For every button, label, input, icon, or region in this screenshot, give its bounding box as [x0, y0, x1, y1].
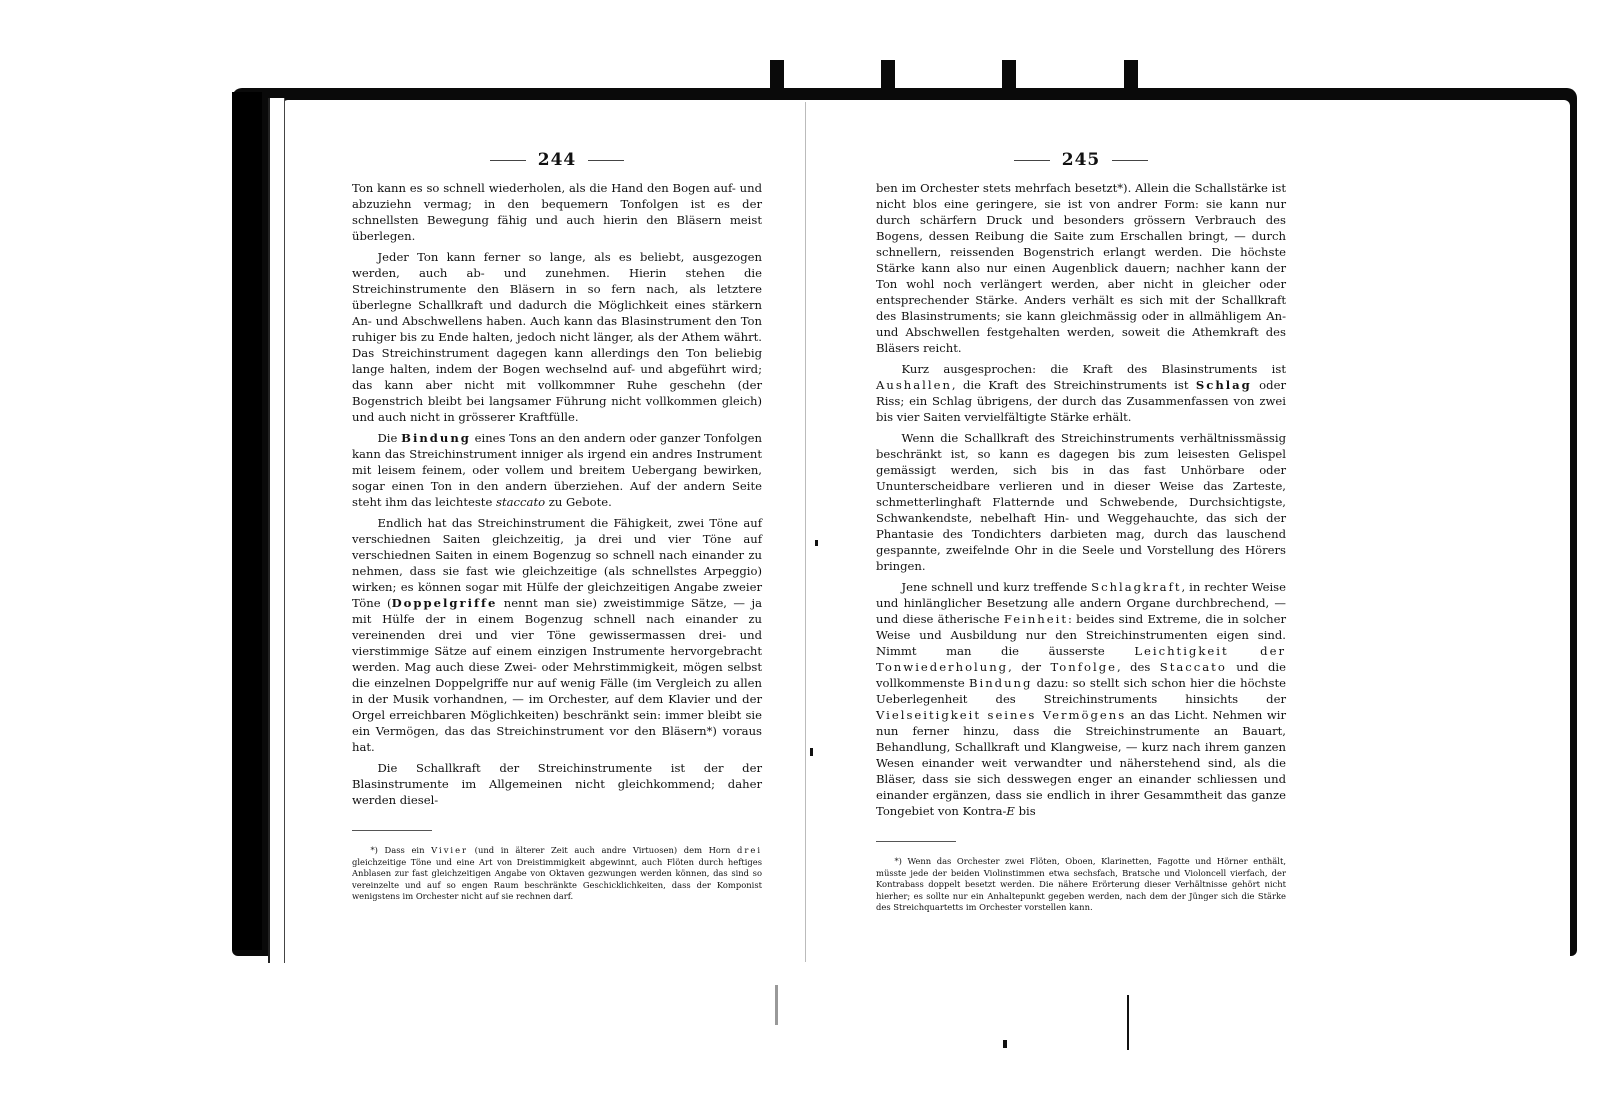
page-number: 245 — [876, 150, 1286, 170]
rule — [1112, 160, 1148, 161]
paragraph: Die Schallkraft der Streichinstrumente i… — [352, 760, 762, 808]
paragraph: Kurz ausgesprochen: die Kraft des Blasin… — [876, 361, 1286, 425]
footnote: *) Wenn das Orchester zwei Flöten, Oboen… — [876, 856, 1286, 914]
paragraph: Jeder Ton kann ferner so lange, als es b… — [352, 249, 762, 425]
book-gutter — [805, 102, 806, 962]
page-number-text: 244 — [538, 150, 577, 170]
paragraph: Die Bindung eines Tons an den andern ode… — [352, 430, 762, 510]
right-page: 245 ben im Orchester stets mehrfach bese… — [876, 150, 1286, 914]
paragraph: Ton kann es so schnell wiederholen, als … — [352, 180, 762, 244]
paragraph: Jene schnell und kurz treffende Schlagkr… — [876, 579, 1286, 819]
body-text: Ton kann es so schnell wiederholen, als … — [352, 180, 762, 808]
footnote: *) Dass ein Vivier (und in älterer Zeit … — [352, 845, 762, 903]
rule — [588, 160, 624, 161]
left-page: 244 Ton kann es so schnell wiederholen, … — [352, 150, 762, 903]
scan-artifact — [815, 540, 818, 546]
footnote-rule — [876, 841, 956, 842]
scan-artifact — [1127, 995, 1129, 1050]
book-spine-edge — [232, 92, 262, 950]
scan-artifact — [810, 748, 813, 756]
rule — [490, 160, 526, 161]
footnote-rule — [352, 830, 432, 831]
page-number-text: 245 — [1062, 150, 1101, 170]
scan-artifact — [1003, 1040, 1007, 1048]
paragraph: Wenn die Schallkraft des Streichinstrume… — [876, 430, 1286, 574]
body-text: ben im Orchester stets mehrfach besetzt*… — [876, 180, 1286, 819]
scan-artifact — [775, 985, 778, 1025]
page-number: 244 — [352, 150, 762, 170]
rule — [1014, 160, 1050, 161]
page-stack-edge — [268, 98, 285, 963]
paragraph: Endlich hat das Streichinstrument die Fä… — [352, 515, 762, 755]
paragraph: ben im Orchester stets mehrfach besetzt*… — [876, 180, 1286, 356]
